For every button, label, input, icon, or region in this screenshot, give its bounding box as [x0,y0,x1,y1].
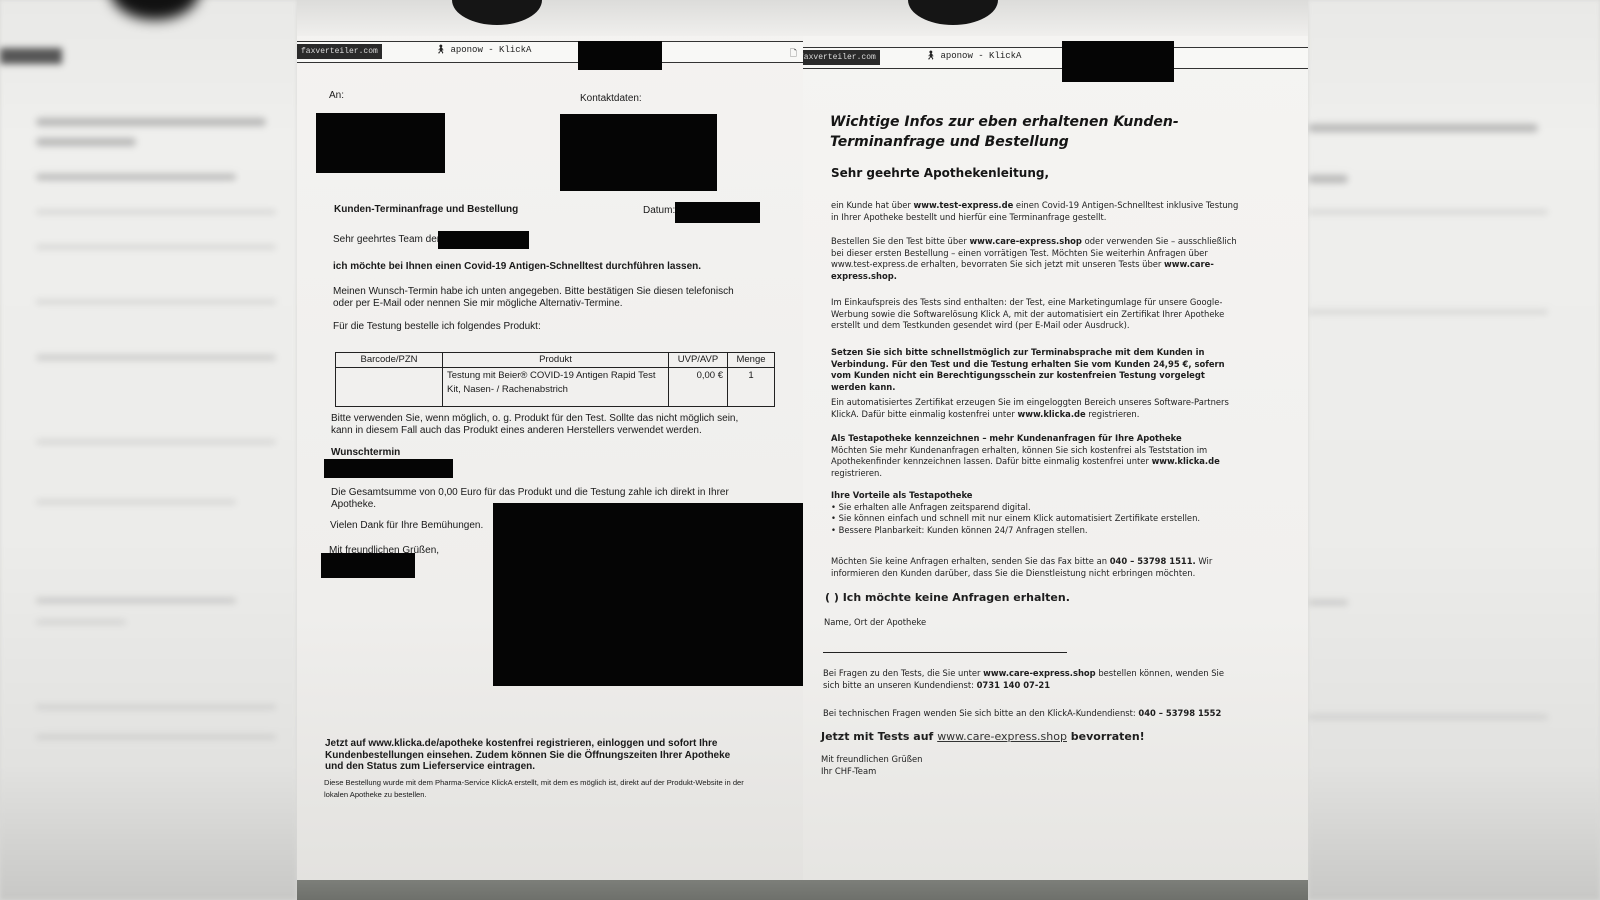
cell-price: 0,00 € [669,368,728,407]
fax-page-info: faxverteiler.com 🚶︎aponow - KlickA Wicht… [803,0,1308,880]
blur-line [36,245,276,249]
person-arrow-icon: 🚶︎ [925,51,936,61]
fax-title: 🚶︎aponow - KlickA [925,51,1021,61]
person-arrow-icon: 🚶︎ [435,45,446,55]
blur-line [36,440,276,444]
blur-line [36,705,276,709]
page-top-shadow [297,0,803,36]
wish-date-label: Wunschtermin [331,447,400,459]
intro-bold: ich möchte bei Ihnen einen Covid-19 Anti… [333,261,773,273]
fax-optout-number: 040 – 53798 1511. [1110,556,1196,566]
blur-line [36,118,266,126]
redacted-fax-number [1062,41,1174,82]
info-paragraph-contact-customer: Setzen Sie sich bitte schnellstmöglich z… [831,347,1241,393]
table-header-produkt: Produkt [443,353,669,368]
fax-title: 🚶︎aponow - KlickA [435,45,531,55]
info-section-test-pharmacy: Als Testapotheke kennzeichnen – mehr Kun… [831,433,1241,479]
info-paragraph-2: Bestellen Sie den Test bitte über www.ca… [831,236,1241,282]
fax-title-text: aponow - KlickA [450,45,531,55]
table-header-menge: Menge [728,353,775,368]
section-heading: Als Testapotheke kennzeichnen – mehr Kun… [831,433,1182,443]
benefit-item: • Sie erhalten alle Anfragen zeitsparend… [831,502,1241,514]
blur-line [36,500,236,504]
salutation: Sehr geehrtes Team der [333,234,440,246]
background-fax-tag [0,48,62,64]
blur-line [1308,124,1538,132]
section-heading: Ihre Vorteile als Testapotheke [831,490,973,500]
blur-line [36,620,126,624]
info-paragraph-tech: Bei technischen Fragen wenden Sie sich b… [823,708,1253,720]
blur-line [36,300,276,304]
table-row: Testung mit Beier® COVID-19 Antigen Rapi… [336,368,775,407]
contact-label: Kontaktdaten: [580,93,642,105]
fax-page-customer-request: faxverteiler.com 🚶︎aponow - KlickA 🗋 An:… [297,0,803,880]
blur-line [36,138,136,146]
optout-checkbox[interactable]: ( ) Ich möchte keine Anfragen erhalten. [825,591,1235,605]
customer-service-phone: 0731 140 07-21 [977,680,1050,690]
appointment-paragraph: Meinen Wunsch-Termin habe ich unten ange… [333,286,753,310]
call-to-action: Jetzt mit Tests auf www.care-express.sho… [821,730,1231,744]
date-label: Datum: [643,205,675,217]
benefit-item: • Bessere Planbarkeit: Kunden können 24/… [831,525,1241,537]
signature: Ihr CHF-Team [821,766,1231,778]
blurred-background-left [0,0,297,900]
blur-line [1308,715,1548,719]
fax-sender-tag: faxverteiler.com [297,44,382,59]
fax-sender-tag: faxverteiler.com [803,50,880,65]
info-paragraph-questions: Bei Fragen zu den Tests, die Sie unter w… [823,668,1233,691]
closing: Mit freundlichen Grüßen [821,754,1231,766]
order-intro: Für die Testung bestelle ich folgendes P… [333,321,541,333]
redacted-wish-date [324,459,453,478]
blur-line [36,598,236,603]
benefit-item: • Sie können einfach und schnell mit nur… [831,513,1241,525]
redacted-date [675,202,760,223]
footer-service-note: Diese Bestellung wurde mit dem Pharma-Se… [324,777,754,801]
redacted-fax-number [578,41,662,70]
blur-line [36,735,276,739]
info-title: Wichtige Infos zur eben erhaltenen Kunde… [830,112,1250,152]
link-care-express[interactable]: www.care-express.shop [937,730,1067,743]
info-paragraph-certificate: Ein automatisiertes Zertifikat erzeugen … [831,397,1241,420]
blur-line [36,355,276,360]
info-section-benefits: Ihre Vorteile als Testapotheke • Sie erh… [831,490,1241,536]
pharmacy-name-field[interactable] [823,652,1067,653]
order-table: Barcode/PZNProduktUVP/AVPMenge Testung m… [335,352,775,407]
redacted-signature [321,553,415,578]
tech-support-phone: 040 – 53798 1552 [1138,708,1221,718]
link-klicka: www.klicka.de [1152,456,1220,466]
thanks: Vielen Dank für Ihre Bemühungen. [330,520,483,532]
link-test-express: www.test-express.de [914,200,1014,210]
product-note: Bitte verwenden Sie, wenn möglich, o. g.… [331,413,741,437]
blur-line [1308,210,1548,214]
link-care-express: www.care-express.shop [969,236,1082,246]
footer-registration: Jetzt auf www.klicka.de/apotheke kostenf… [325,738,750,773]
pharmacy-name-label: Name, Ort der Apotheke [824,617,1234,629]
redacted-pharmacy-name [438,231,529,249]
fax-title-text: aponow - KlickA [940,51,1021,61]
order-table-header: Barcode/PZNProduktUVP/AVPMenge [336,353,775,368]
blur-line [36,174,236,180]
fax-header-bar: faxverteiler.com 🚶︎aponow - KlickA 🗋 [297,41,803,63]
table-header-barcode-pzn: Barcode/PZN [336,353,443,368]
cell-barcode [336,368,443,407]
blur-line [1308,310,1548,314]
info-paragraph-optout: Möchten Sie keine Anfragen erhalten, sen… [831,556,1241,579]
background-blob [110,0,200,20]
redacted-contact-data [560,114,717,191]
benefit-list: • Sie erhalten alle Anfragen zeitsparend… [831,502,1241,537]
fax-header-bar: faxverteiler.com 🚶︎aponow - KlickA [803,47,1308,69]
page-top-shadow [803,0,1308,36]
cell-product: Testung mit Beier® COVID-19 Antigen Rapi… [443,368,669,407]
subject: Kunden-Terminanfrage und Bestellung [334,204,518,216]
table-header-uvp-avp: UVP/AVP [669,353,728,368]
blurred-background-right [1308,0,1600,900]
redacted-block [493,503,803,686]
info-paragraph-3: Im Einkaufspreis des Tests sind enthalte… [831,297,1241,332]
info-greeting: Sehr geehrte Apothekenleitung, [831,166,1049,180]
redacted-recipient [316,113,445,173]
link-care-express: www.care-express.shop [983,668,1096,678]
blur-line [36,210,276,214]
document-icon: 🗋 [790,46,797,62]
cell-quantity: 1 [728,368,775,407]
info-paragraph-1: ein Kunde hat über www.test-express.de e… [831,200,1241,223]
link-klicka: www.klicka.de [1017,409,1085,419]
blur-line [1308,600,1348,605]
blur-line [1308,175,1348,183]
to-label: An: [329,90,344,102]
